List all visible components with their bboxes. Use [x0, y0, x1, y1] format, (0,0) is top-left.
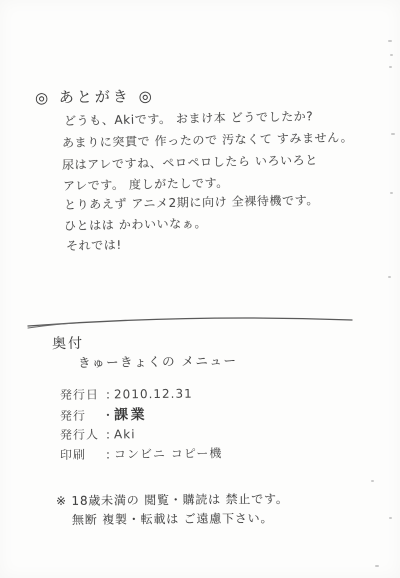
scan-speck [391, 133, 395, 135]
scan-speck [371, 480, 374, 482]
afterword-line: 尿はアレですね、ペロペロしたら いろいろと [62, 151, 318, 173]
afterword-line: とりあえず アニメ2期に向け 全裸待機です。 [64, 191, 319, 213]
colophon-heading: 奥付 [52, 333, 84, 354]
entry-label: 発行日 [60, 386, 102, 403]
entry-label: 発行人 [60, 426, 102, 443]
entry-value: Aki [114, 427, 136, 441]
afterword-line: ひとはは かわいいなぁ。 [64, 214, 207, 234]
colophon-entry-publisher: 発行人 : Aki [60, 425, 136, 443]
entry-value: コンビニ コピー機 [114, 444, 223, 462]
afterword-line: それでは! [66, 236, 122, 254]
entry-value: 2010.12.31 [114, 387, 193, 402]
entry-value: 課業 [114, 404, 147, 424]
entry-separator: ・ [102, 406, 114, 423]
scan-speck [390, 192, 393, 194]
entry-label: 印刷 [60, 446, 102, 463]
age-restriction-note: ※ 18歳未満の 閲覧・購読は 禁止です。 [56, 490, 289, 509]
afterword-line: あまりに突貫で 作ったので 汚なくて すみません。 [62, 128, 353, 151]
book-title: きゅーきょくの メニュー [78, 351, 238, 371]
colophon-entry-circle: 発行 ・ 課業 [60, 404, 147, 425]
scan-speck [389, 517, 392, 519]
afterword-line: アレです。 度しがたしです。 [63, 174, 229, 194]
afterword-line: どうも、Akiです。 おまけ本 どうでしたか? [64, 107, 314, 129]
no-reproduction-note: 無断 複製・転載は ご遠慮下さい。 [72, 509, 273, 528]
entry-separator: : [102, 427, 114, 441]
scan-speck [389, 66, 392, 68]
divider-line [0, 305, 400, 335]
colophon-entry-printing: 印刷 : コンビニ コピー機 [60, 444, 223, 463]
entry-label: 発行 [60, 407, 102, 424]
scan-speck [388, 40, 392, 42]
divider-stroke-svg [0, 305, 400, 335]
entry-separator: : [102, 447, 114, 461]
scan-speck [390, 54, 393, 56]
entry-separator: : [102, 387, 114, 401]
scanned-page: ◎ あとがき ◎ どうも、Akiです。 おまけ本 どうでしたか? あまりに突貫で… [0, 0, 400, 578]
afterword-heading: ◎ あとがき ◎ [35, 85, 155, 108]
scan-speck [388, 276, 391, 278]
scan-speck [375, 565, 379, 567]
colophon-entry-date: 発行日 : 2010.12.31 [60, 385, 193, 403]
